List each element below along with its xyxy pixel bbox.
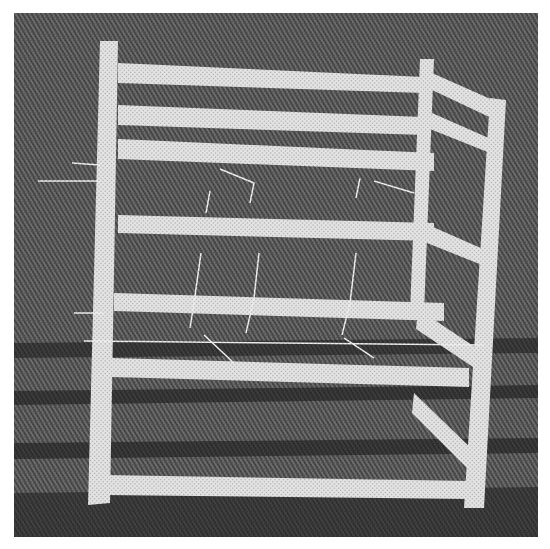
photograph bbox=[14, 13, 538, 537]
halftone-overlay bbox=[14, 13, 538, 537]
frame-rack-image bbox=[14, 13, 538, 537]
